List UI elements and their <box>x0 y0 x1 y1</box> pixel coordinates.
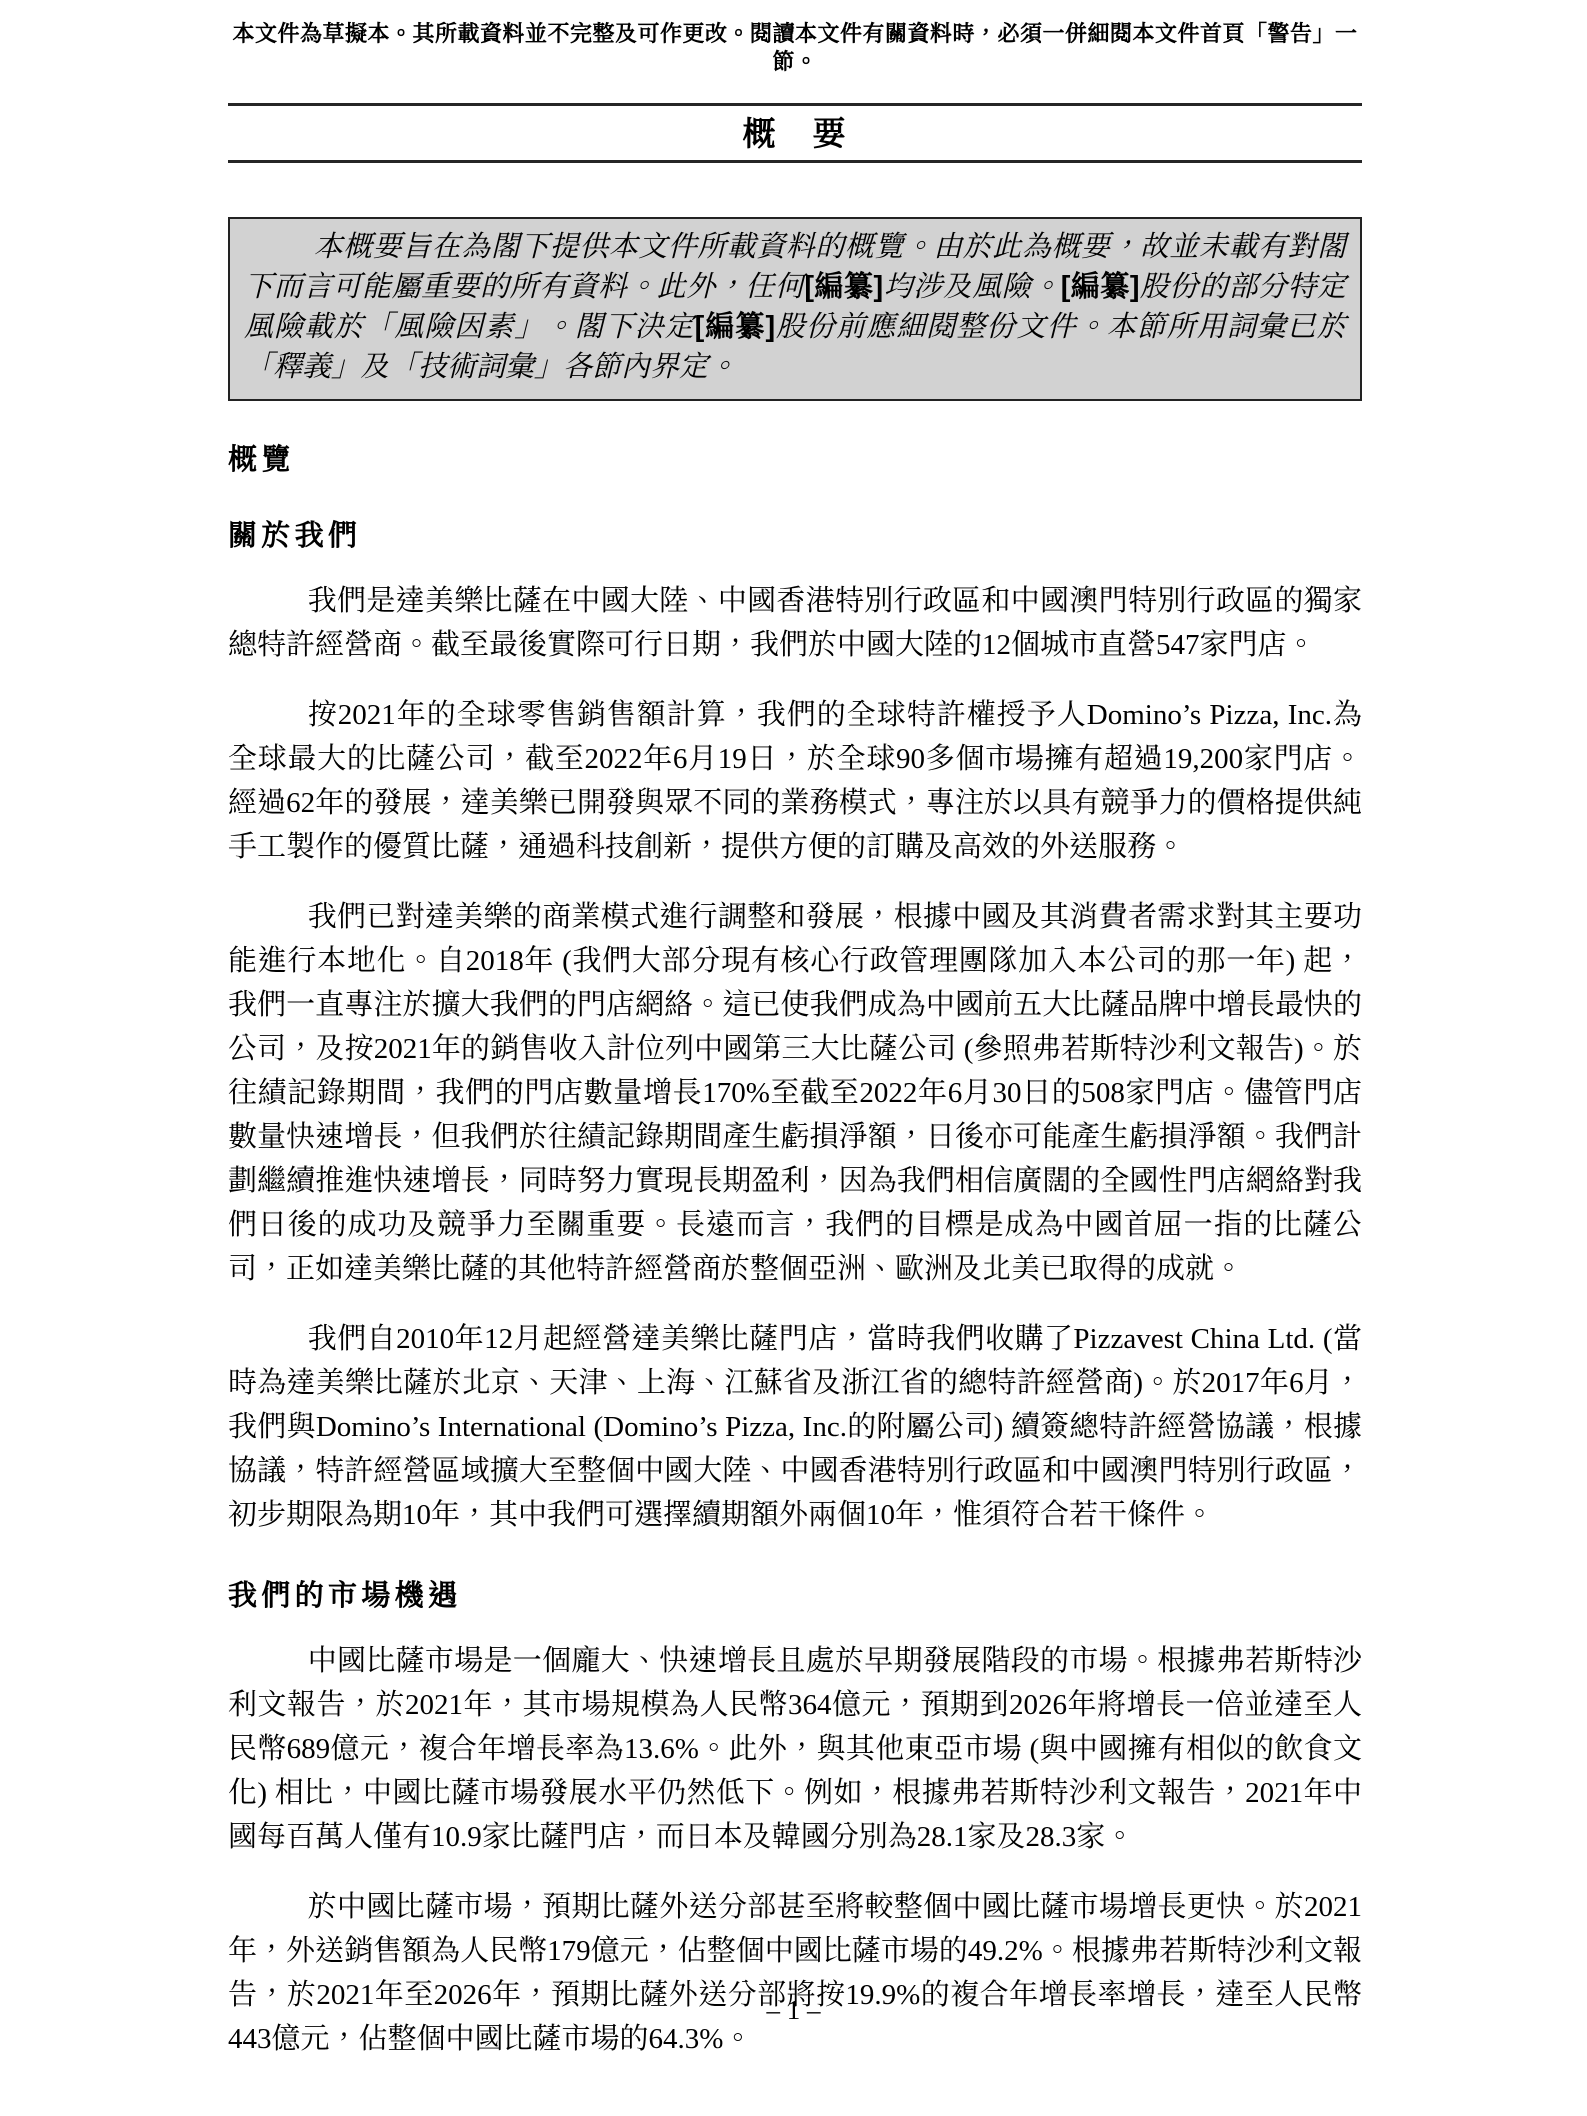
header-rule-bottom <box>228 160 1362 163</box>
subsection-heading-about-us: 關於我們 <box>228 519 1362 553</box>
section-heading-overview: 概覽 <box>228 443 1362 477</box>
header-rule-top <box>228 103 1362 106</box>
summary-notice-text: 本概要旨在為閣下提供本文件所載資料的概覽。由於此為概要，故並未載有對閣下而言可能… <box>244 227 1346 387</box>
paragraph-market-2: 於中國比薩市場，預期比薩外送分部甚至將較整個中國比薩市場增長更快。於2021年，… <box>228 1885 1362 2061</box>
subsection-heading-market-opportunity: 我們的市場機遇 <box>228 1579 1362 1613</box>
paragraph-market-1: 中國比薩市場是一個龐大、快速增長且處於早期發展階段的市場。根據弗若斯特沙利文報告… <box>228 1639 1362 1859</box>
document-page: 本文件為草擬本。其所載資料並不完整及可作更改。閱讀本文件有關資料時，必須一併細閱… <box>0 0 1587 2116</box>
content-column: 本文件為草擬本。其所載資料並不完整及可作更改。閱讀本文件有關資料時，必須一併細閱… <box>228 0 1362 2061</box>
draft-disclaimer-text: 本文件為草擬本。其所載資料並不完整及可作更改。閱讀本文件有關資料時，必須一併細閱… <box>228 0 1362 76</box>
paragraph-about-us-3: 我們已對達美樂的商業模式進行調整和發展，根據中國及其消費者需求對其主要功能進行本… <box>228 895 1362 1291</box>
page-title: 概 要 <box>228 114 1362 154</box>
paragraph-about-us-2: 按2021年的全球零售銷售額計算，我們的全球特許權授予人Domino’s Piz… <box>228 693 1362 869</box>
paragraph-about-us-1: 我們是達美樂比薩在中國大陸、中國香港特別行政區和中國澳門特別行政區的獨家總特許經… <box>228 579 1362 667</box>
summary-notice-box: 本概要旨在為閣下提供本文件所載資料的概覽。由於此為概要，故並未載有對閣下而言可能… <box>228 217 1362 401</box>
page-number: – 1 – <box>0 1995 1587 2026</box>
paragraph-about-us-4: 我們自2010年12月起經營達美樂比薩門店，當時我們收購了Pizzavest C… <box>228 1317 1362 1537</box>
